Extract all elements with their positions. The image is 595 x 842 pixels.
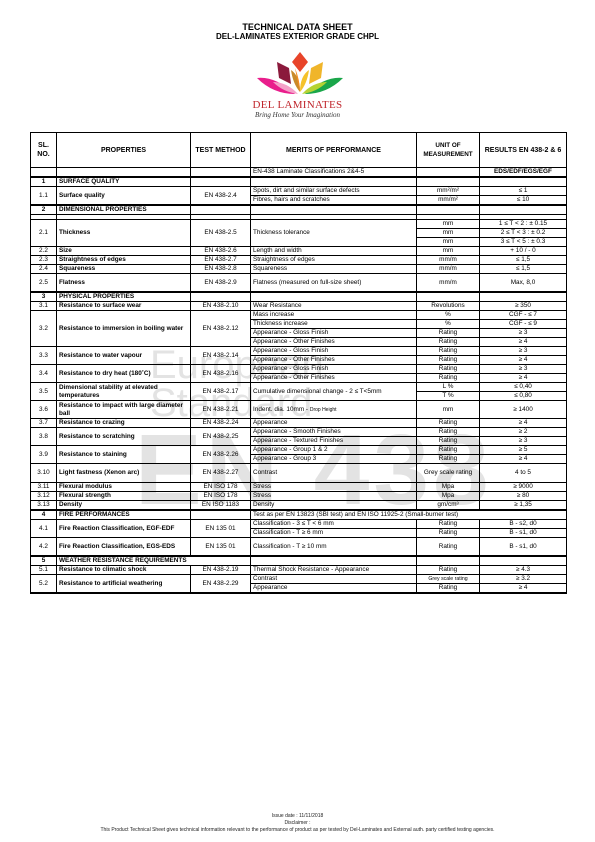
disclaimer-text: This Product Technical Sheet gives techn… [0,827,595,834]
table-row: 4.1 Fire Reaction Classification, EGF-ED… [31,520,567,529]
table-row: 2.4 Squareness EN 438-2.8 Squareness mm/… [31,265,567,274]
table-row: 3.4 Resistance to dry heat (180˚C) EN 43… [31,365,567,374]
section-note: Test as per EN 13823 (SBI test) and EN I… [251,510,567,520]
table-row: 3.10 Light fastness (Xenon arc) EN 438-2… [31,464,567,483]
table-row: 2.3 Straightness of edges EN 438-2.7 Str… [31,256,567,265]
table-row: 3.13 Density EN ISO 1183 Density gm/cm³ … [31,501,567,511]
issue-date: Issue date : 11/11/2018 [0,813,595,820]
header-merits: MERITS OF PERFORMANCE [251,133,417,168]
document-subtitle: DEL-LAMINATES EXTERIOR GRADE CHPL [0,32,595,42]
header-results: RESULTS EN 438-2 & 6 [480,133,567,168]
table-row: 5.2 Resistance to artificial weathering … [31,575,567,584]
section-row: 5 WEATHER RESISTANCE REQUIREMENTS [31,556,567,566]
table-row: 3.11 Flexural modulus EN ISO 178 Stress … [31,483,567,492]
lotus-logo-icon [255,50,345,98]
classification-label: EN-438 Laminate Classifications 2&4-5 [251,168,417,178]
table-header-row: SL. NO. PROPERTIES TEST METHOD MERITS OF… [31,133,567,168]
table-row: 2.5 Flatness EN 438-2.9 Flatness (measur… [31,274,567,293]
header-sl-no: SL. NO. [31,133,57,168]
section-title: FIRE PERFORMANCES [57,510,191,520]
table-row: 5.1 Resistance to climatic shock EN 438-… [31,566,567,575]
header-test-method: TEST METHOD [191,133,251,168]
section-title: DIMENSIONAL PROPERTIES [57,205,191,215]
table-row: 1.1 Surface quality EN 438-2.4 Spots, di… [31,187,567,196]
section-row: 1 SURFACE QUALITY [31,177,567,187]
table-row: 3.3 Resistance to water vapour EN 438-2.… [31,347,567,356]
brand-tagline: Bring Home Your Imagination [0,111,595,120]
section-title: PHYSICAL PROPERTIES [57,292,191,302]
header-properties: PROPERTIES [57,133,191,168]
table-row: 3.5 Dimensional stability at elevated te… [31,383,567,392]
table-row: 3.7 Resistance to crazing EN 438-2.24 Ap… [31,419,567,428]
technical-data-table: SL. NO. PROPERTIES TEST METHOD MERITS OF… [30,132,567,594]
section-title: SURFACE QUALITY [57,177,191,187]
table-row: 2.1 Thickness EN 438-2.5 Thickness toler… [31,220,567,229]
header-unit: UNIT OF MEASUREMENT [417,133,480,168]
table-row: 3.1 Resistance to surface wear EN 438-2.… [31,302,567,311]
classification-row: EN-438 Laminate Classifications 2&4-5 ED… [31,168,567,178]
section-row: 2 DIMENSIONAL PROPERTIES [31,205,567,215]
table-row: 3.12 Flexural strength EN ISO 178 Stress… [31,492,567,501]
table-row: 3.8 Resistance to scratching EN 438-2.25… [31,428,567,437]
section-title: WEATHER RESISTANCE REQUIREMENTS [57,556,251,566]
table-row: 4.2 Fire Reaction Classification, EGS-ED… [31,538,567,557]
table-row: 3.9 Resistance to staining EN 438-2.26 A… [31,446,567,455]
classification-value: EDS/EDF/EGS/EGF [480,168,567,178]
table-row: 3.6 Resistance to impact with large diam… [31,401,567,419]
table-row: 3.2 Resistance to immersion in boiling w… [31,311,567,320]
document-title: TECHNICAL DATA SHEET [0,22,595,32]
section-row: 4 FIRE PERFORMANCES Test as per EN 13823… [31,510,567,520]
brand-name: DEL LAMINATES [0,99,595,111]
section-row: 3 PHYSICAL PROPERTIES [31,292,567,302]
disclaimer-label: Disclaimer : [0,820,595,827]
table-row: 2.2 Size EN 438-2.6 Length and width mm … [31,247,567,256]
